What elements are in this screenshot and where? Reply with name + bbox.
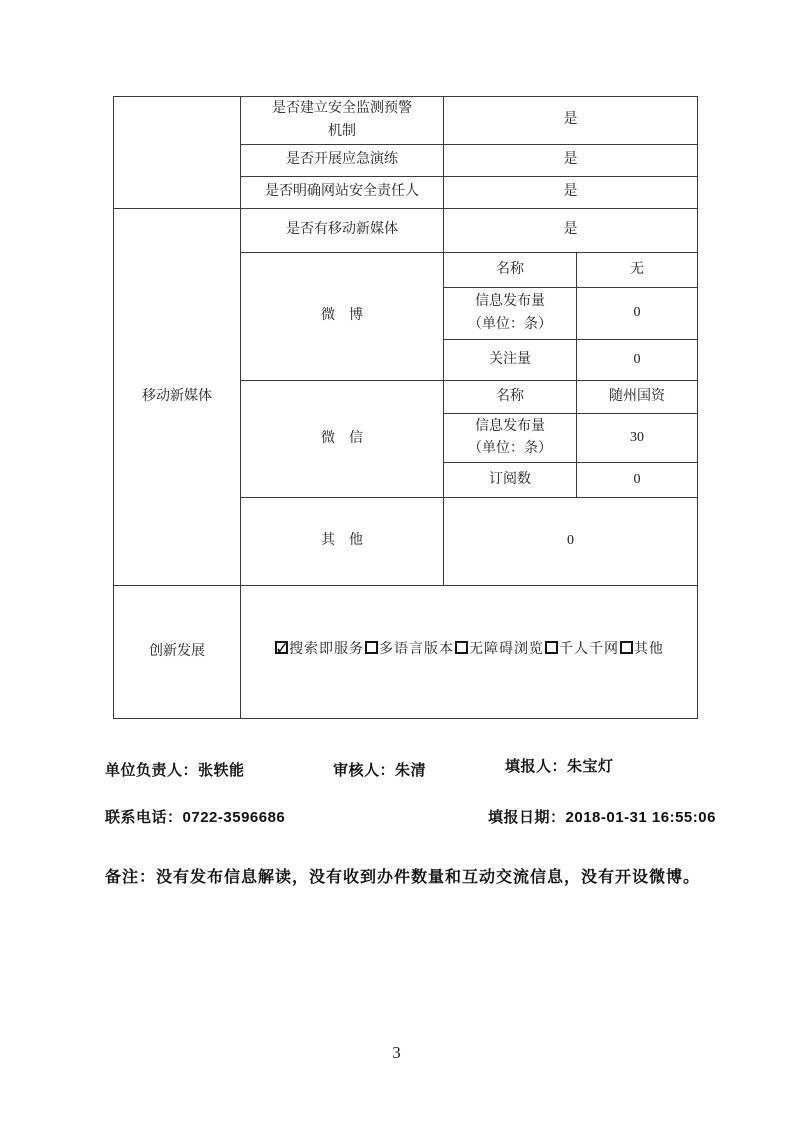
- security-section-cell: [114, 97, 241, 209]
- wechat-field-label: 名称: [444, 381, 577, 414]
- innovation-option-label: 千人千网: [559, 642, 619, 657]
- innovation-options-cell: 搜索即服务多语言版本无障碍浏览千人千网其他: [241, 586, 698, 719]
- checkbox-multilingual-icon: [365, 641, 378, 654]
- wechat-field-value: 随州国资: [577, 381, 698, 414]
- unit-head-label: 单位负责人：: [105, 762, 198, 779]
- remark-note: 备注：没有发布信息解读，没有收到办件数量和互动交流信息，没有开设微博。: [105, 864, 705, 887]
- other-media-value: 0: [444, 498, 698, 586]
- other-media-label: 其 他: [241, 498, 444, 586]
- weibo-field-value: 0: [577, 340, 698, 381]
- document-page: 是否建立安全监测预警 机制 是 是否开展应急演练 是 是否明确网站安全责任人 是…: [0, 0, 793, 1122]
- annual-report-table: 是否建立安全监测预警 机制 是 是否开展应急演练 是 是否明确网站安全责任人 是…: [113, 96, 698, 719]
- filler-value: 朱宝灯: [567, 758, 614, 775]
- security-answer: 是: [444, 145, 698, 177]
- security-answer: 是: [444, 97, 698, 145]
- page-number: 3: [0, 1043, 793, 1063]
- reviewer-line: 审核人：朱清: [333, 759, 426, 780]
- innovation-section-label: 创新发展: [114, 586, 241, 719]
- weibo-field-value: 0: [577, 288, 698, 340]
- phone-value: 0722-3596686: [183, 809, 286, 826]
- unit-head-line: 单位负责人：张轶能: [105, 759, 245, 780]
- security-answer: 是: [444, 177, 698, 209]
- has-mobile-media-question: 是否有移动新媒体: [241, 209, 444, 253]
- reviewer-label: 审核人：: [333, 762, 395, 779]
- reviewer-value: 朱清: [395, 762, 426, 779]
- security-question: 是否开展应急演练: [241, 145, 444, 177]
- phone-line: 联系电话：0722-3596686: [105, 806, 285, 827]
- innovation-option-label: 多语言版本: [379, 642, 454, 657]
- report-date-value: 2018-01-31 16:55:06: [566, 809, 716, 826]
- checkbox-other-icon: [620, 641, 633, 654]
- weibo-label: 微 博: [241, 253, 444, 381]
- filler-label: 填报人：: [505, 758, 567, 775]
- table-row: 创新发展 搜索即服务多语言版本无障碍浏览千人千网其他: [114, 586, 698, 719]
- innovation-option-label: 搜索即服务: [289, 642, 364, 657]
- mobile-media-section-label: 移动新媒体: [114, 209, 241, 586]
- filler-line: 填报人：朱宝灯: [505, 755, 614, 776]
- report-date-line: 填报日期：2018-01-31 16:55:06: [488, 806, 716, 827]
- wechat-label: 微 信: [241, 381, 444, 498]
- has-mobile-media-answer: 是: [444, 209, 698, 253]
- wechat-field-value: 0: [577, 463, 698, 498]
- wechat-field-value: 30: [577, 414, 698, 463]
- innovation-option-label: 无障碍浏览: [469, 642, 544, 657]
- wechat-field-label: 信息发布量 （单位：条）: [444, 414, 577, 463]
- weibo-field-value: 无: [577, 253, 698, 288]
- table-row: 移动新媒体 是否有移动新媒体 是: [114, 209, 698, 253]
- security-question: 是否明确网站安全责任人: [241, 177, 444, 209]
- checkbox-search-as-service-icon: [275, 641, 288, 654]
- table-row: 是否建立安全监测预警 机制 是: [114, 97, 698, 145]
- wechat-field-label: 订阅数: [444, 463, 577, 498]
- unit-head-value: 张轶能: [198, 762, 245, 779]
- weibo-field-label: 关注量: [444, 340, 577, 381]
- checkbox-personalized-icon: [545, 641, 558, 654]
- weibo-field-label: 信息发布量 （单位：条）: [444, 288, 577, 340]
- weibo-field-label: 名称: [444, 253, 577, 288]
- innovation-option-label: 其他: [634, 642, 664, 657]
- report-date-label: 填报日期：: [488, 809, 566, 826]
- phone-label: 联系电话：: [105, 809, 183, 826]
- security-question: 是否建立安全监测预警 机制: [241, 97, 444, 145]
- checkbox-accessibility-icon: [455, 641, 468, 654]
